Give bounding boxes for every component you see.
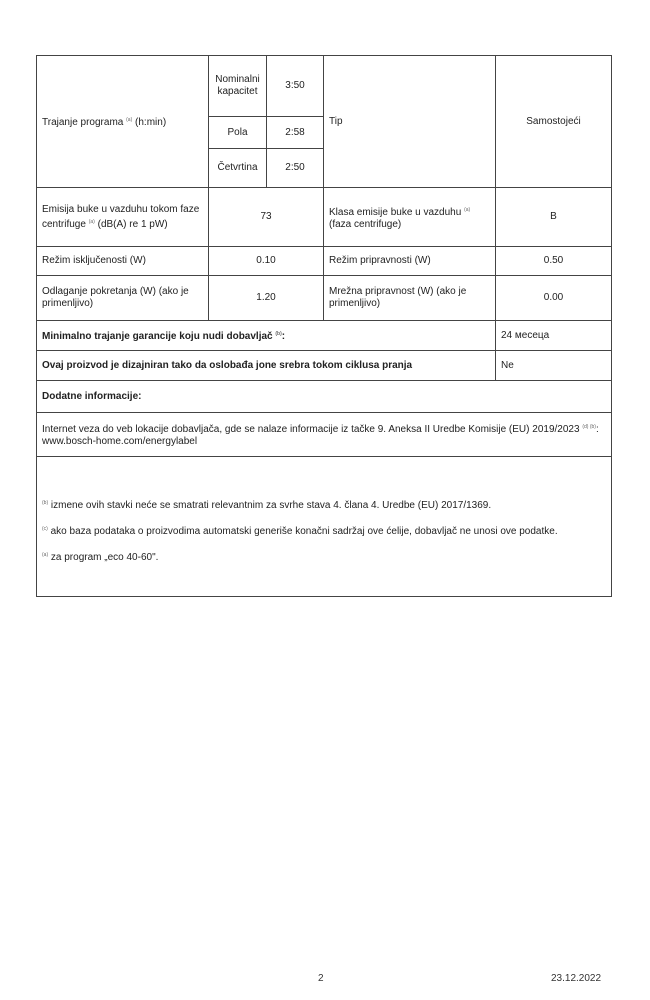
footnote-c: (c) ako baza podataka o proizvodima auto… (42, 523, 606, 538)
footnotes-cell: (b) izmene ovih stavki neće se smatrati … (37, 457, 612, 597)
type-label: Tip (324, 56, 496, 188)
document-date: 23.12.2022 (551, 973, 601, 984)
product-info-sheet: Trajanje programa (a) (h:min) Nominalni … (36, 55, 611, 597)
noise-label: Emisija buke u vazduhu tokom faze centri… (37, 188, 209, 247)
quarter-label: Četvrtina (209, 149, 267, 188)
standby-value: 0.50 (496, 247, 612, 276)
network-standby-label: Mrežna pripravnost (W) (ako je primenlji… (324, 276, 496, 321)
noise-class-value: B (496, 188, 612, 247)
off-mode-label: Režim isključenosti (W) (37, 247, 209, 276)
off-mode-value: 0.10 (209, 247, 324, 276)
silver-ions-value: Ne (496, 351, 612, 381)
capacity-label: Nominalni kapacitet (209, 56, 267, 117)
type-value: Samostojeći (496, 56, 612, 188)
quarter-value: 2:50 (267, 149, 324, 188)
half-label: Pola (209, 117, 267, 149)
silver-ions-label: Ovaj proizvod je dizajniran tako da oslo… (37, 351, 496, 381)
noise-class-label: Klasa emisije buke u vazduhu (a) (faza c… (324, 188, 496, 247)
additional-info-heading: Dodatne informacije: (37, 381, 612, 413)
noise-value: 73 (209, 188, 324, 247)
standby-label: Režim pripravnosti (W) (324, 247, 496, 276)
half-value: 2:58 (267, 117, 324, 149)
internet-link-cell: Internet veza do veb lokacije dobavljača… (37, 413, 612, 457)
program-duration-label: Trajanje programa (a) (h:min) (37, 56, 209, 188)
warranty-value: 24 месеца (496, 321, 612, 351)
delay-start-label: Odlaganje pokretanja (W) (ako je primenl… (37, 276, 209, 321)
page-number: 2 (318, 973, 324, 984)
footnote-b: (b) izmene ovih stavki neće se smatrati … (42, 497, 606, 512)
delay-start-value: 1.20 (209, 276, 324, 321)
warranty-label: Minimalno trajanje garancije koju nudi d… (37, 321, 496, 351)
product-info-table: Trajanje programa (a) (h:min) Nominalni … (36, 55, 612, 597)
footnote-a: (a) za program „eco 40-60". (42, 549, 606, 564)
network-standby-value: 0.00 (496, 276, 612, 321)
capacity-value: 3:50 (267, 56, 324, 117)
